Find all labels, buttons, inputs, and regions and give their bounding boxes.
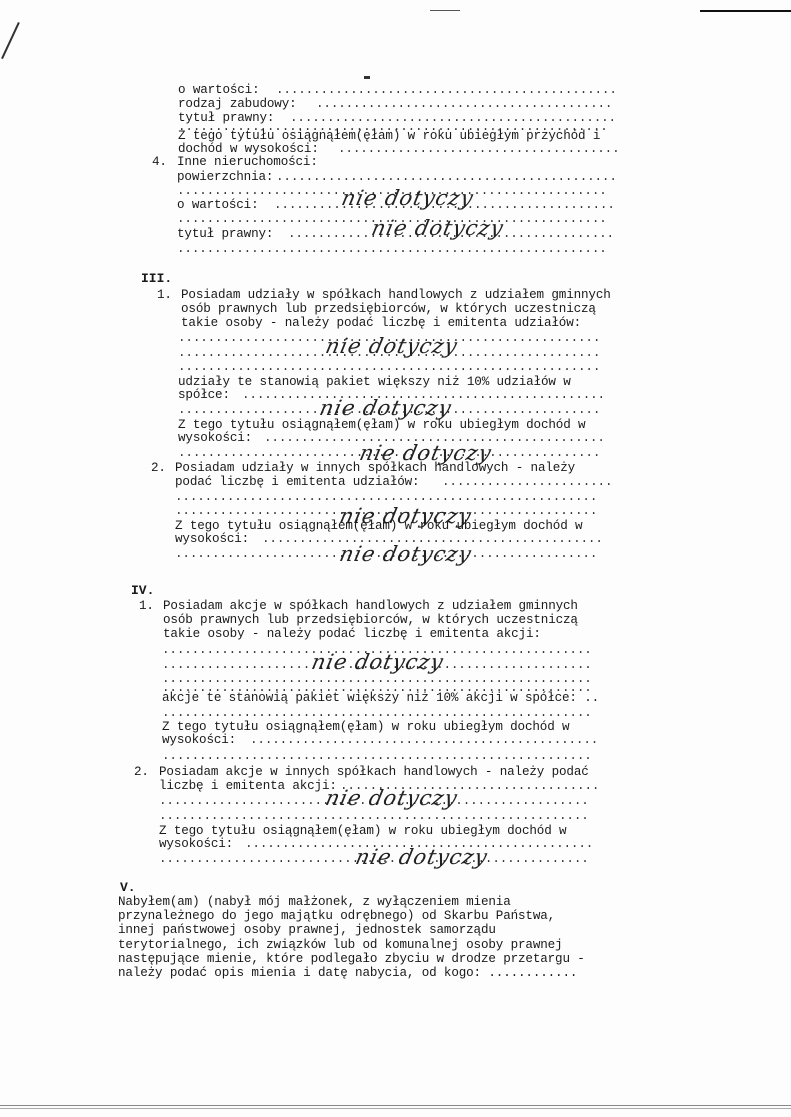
scan-artifact — [430, 10, 460, 11]
fill-line[interactable]: ........................................ — [316, 98, 642, 111]
handwritten-entry: nie dotyczy — [323, 786, 460, 810]
fill-line[interactable]: ....................... — [442, 476, 632, 489]
fill-line[interactable]: ........................................… — [178, 361, 638, 374]
income-label: wysokości: — [178, 432, 252, 445]
item-number: 2. — [134, 766, 149, 779]
item-number: 2. — [151, 462, 166, 475]
fill-line[interactable]: ........................................… — [276, 171, 642, 184]
field-label-rodzaj: rodzaj zabudowy: — [178, 98, 297, 111]
item-text: udziały te stanowią pakiet większy niż 1… — [178, 376, 571, 389]
paragraph-line: terytorialnego, ich związków lub od komu… — [118, 939, 562, 952]
item-text: osób prawnych lub przedsiębiorców, w któ… — [181, 303, 596, 316]
fill-line[interactable]: ........................................… — [162, 750, 628, 763]
section-heading-iii: III. — [141, 271, 172, 286]
handwritten-entry: nie dotyczy — [323, 334, 460, 358]
paragraph-line: następujące mienie, które podlegało zbyc… — [118, 953, 585, 966]
handwritten-entry: nie dotyczy — [353, 845, 490, 869]
income-label: wysokości: — [162, 734, 236, 747]
paragraph-line: innej państwowej osoby prawnej, jednoste… — [118, 924, 496, 937]
section-heading-iv: IV. — [131, 583, 154, 598]
handwritten-entry: nie dotyczy — [369, 216, 506, 240]
scan-border — [0, 1105, 791, 1106]
item-text: Posiadam akcje w spółkach handlowych z u… — [163, 600, 578, 613]
item-number: 1. — [139, 600, 154, 613]
item-text: takie osoby - należy podać liczbę i emit… — [163, 628, 541, 641]
item-text: podać liczbę i emitenta udziałów: — [175, 476, 419, 489]
paragraph-line: przynależnego do jego majątku odrębnego)… — [118, 910, 555, 923]
item-text: takie osoby - należy podać liczbę i emit… — [181, 317, 581, 330]
scan-border — [0, 1108, 791, 1109]
document-page: o wartości: ............................… — [0, 0, 791, 1117]
pen-mark — [1, 22, 19, 59]
field-label-wartosc: o wartości: — [177, 199, 258, 212]
handwritten-entry: nie dotyczy — [317, 396, 454, 420]
item-text: Posiadam udziały w innych spółkach handl… — [175, 462, 575, 475]
section-heading-v: V. — [120, 880, 136, 895]
fill-line[interactable]: ...................................... — [338, 143, 642, 156]
fill-line[interactable]: ........................................… — [175, 491, 632, 504]
paragraph-line: należy podać opis mienia i datę nabycia,… — [118, 967, 577, 980]
field-label-tytul: tytuł prawny: — [177, 228, 273, 241]
paragraph-line: Nabyłem(am) (nabył mój małżonek, z wyłąc… — [118, 896, 511, 909]
handwritten-entry: nie dotyczy — [309, 650, 446, 674]
item-text: Posiadam udziały w spółkach handlowych z… — [181, 289, 611, 302]
handwritten-entry: nie dotyczy — [337, 542, 474, 566]
handwritten-entry: nie dotyczy — [339, 186, 476, 210]
item-text: osób prawnych lub przedsiębiorców, w któ… — [163, 614, 578, 627]
item-number: 4. — [152, 156, 167, 169]
item-text: spółce: — [178, 389, 230, 402]
item-text: akcje te stanowią pakiet większy niż 10%… — [162, 692, 599, 705]
income-label: wysokości: — [175, 533, 249, 546]
item-title: Inne nieruchomości: — [177, 156, 318, 169]
fill-line[interactable]: ........................................… — [250, 734, 628, 747]
field-label-wartosc: o wartości: — [178, 84, 259, 97]
scan-artifact — [700, 10, 791, 12]
fill-line[interactable]: ........................................… — [276, 84, 642, 97]
item-number: 1. — [157, 289, 172, 302]
fill-line[interactable]: ........................................… — [177, 243, 642, 256]
item-text: liczbę i emitenta akcji: — [159, 780, 337, 793]
item-text: Posiadam akcje w innych spółkach handlow… — [159, 766, 589, 779]
fill-line[interactable]: ........................................… — [162, 707, 628, 720]
income-label: wysokości: — [159, 838, 233, 851]
fill-line[interactable]: ........................................… — [159, 810, 626, 823]
field-label-powierzchnia: powierzchnia: — [177, 171, 273, 184]
scan-artifact — [364, 76, 370, 79]
